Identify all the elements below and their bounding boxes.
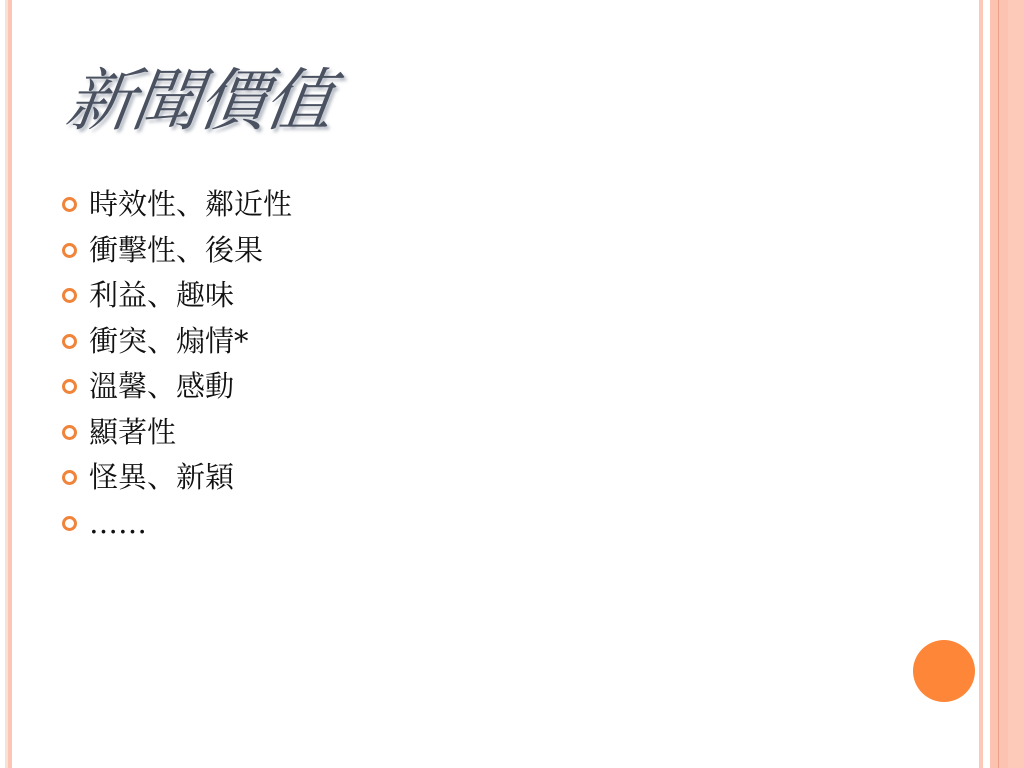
orange-circle-decoration bbox=[913, 640, 975, 702]
bullet-text: 怪異、新穎 bbox=[89, 463, 234, 492]
list-item: 衝擊性、後果 bbox=[62, 228, 292, 274]
list-item: …… bbox=[62, 501, 292, 547]
bullet-ring-icon bbox=[62, 470, 77, 485]
slide-title: 新聞價值 bbox=[62, 68, 336, 136]
right-stripe-4 bbox=[1008, 0, 1024, 768]
right-stripe-2 bbox=[990, 0, 998, 768]
bullet-ring-icon bbox=[62, 516, 77, 531]
bullet-ring-icon bbox=[62, 197, 77, 212]
right-stripe-1 bbox=[979, 0, 983, 768]
list-item: 溫馨、感動 bbox=[62, 364, 292, 410]
bullet-list: 時效性、鄰近性 衝擊性、後果 利益、趣味 衝突、煽情* 溫馨、感動 顯著性 怪異… bbox=[62, 182, 292, 546]
bullet-text: 衝突、煽情* bbox=[89, 327, 249, 356]
bullet-ring-icon bbox=[62, 379, 77, 394]
bullet-ring-icon bbox=[62, 243, 77, 258]
left-stripe-pink bbox=[8, 0, 12, 768]
list-item: 顯著性 bbox=[62, 410, 292, 456]
list-item: 時效性、鄰近性 bbox=[62, 182, 292, 228]
bullet-text: …… bbox=[89, 509, 147, 538]
bullet-text: 利益、趣味 bbox=[89, 281, 234, 310]
bullet-ring-icon bbox=[62, 334, 77, 349]
list-item: 衝突、煽情* bbox=[62, 319, 292, 365]
list-item: 怪異、新穎 bbox=[62, 455, 292, 501]
bullet-text: 顯著性 bbox=[89, 418, 176, 447]
bullet-text: 衝擊性、後果 bbox=[89, 236, 263, 265]
bullet-ring-icon bbox=[62, 288, 77, 303]
bullet-ring-icon bbox=[62, 425, 77, 440]
right-stripe-3 bbox=[999, 0, 1008, 768]
bullet-text: 時效性、鄰近性 bbox=[89, 190, 292, 219]
bullet-text: 溫馨、感動 bbox=[89, 372, 234, 401]
list-item: 利益、趣味 bbox=[62, 273, 292, 319]
